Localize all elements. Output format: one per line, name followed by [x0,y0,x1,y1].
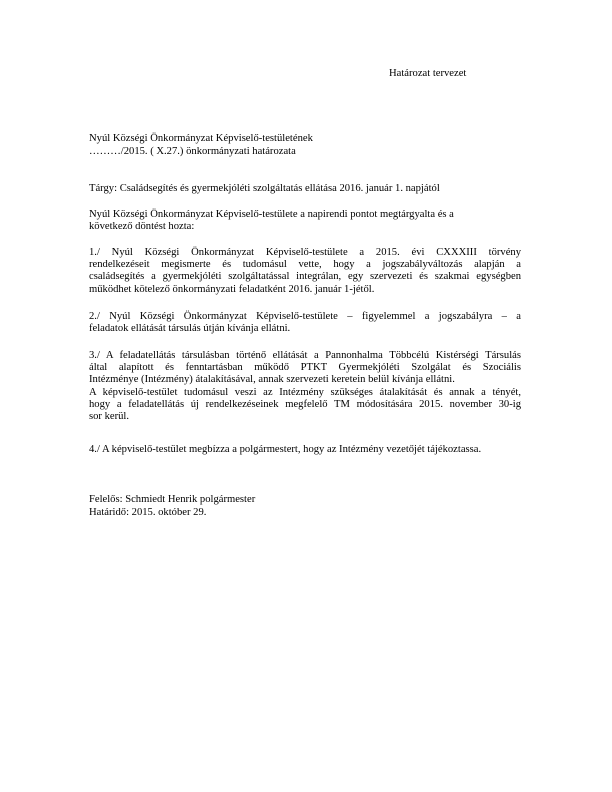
point-1-line: rendelkezéseit megismerte és tudomásul v… [89,259,521,271]
point-1-line: családsegítés a gyermekjóléti szolgáltat… [89,271,521,283]
title-line-1: Nyúl Községi Önkormányzat Képviselő-test… [89,133,313,145]
point-1: 1./ Nyúl Községi Önkormányzat Képviselő-… [89,247,521,296]
point-3: 3./ A feladatellátás társulásban történő… [89,350,521,423]
draft-label: Határozat tervezet [389,68,466,80]
intro-line-1: Nyúl Községi Önkormányzat Képviselő-test… [89,209,454,221]
point-2-line: feladatok ellátását társulás útján kíván… [89,323,521,335]
point-3-line: által alapított és fenntartásban működő … [89,362,521,374]
deadline-line: Határidő: 2015. október 29. [89,507,206,519]
subject-line: Tárgy: Családsegítés és gyermekjóléti sz… [89,183,440,195]
point-3-line: hogy a feladatellátás új rendelkezéseine… [89,399,521,411]
title-line-2: ………/2015. ( X.27.) önkormányzati határoz… [89,146,296,158]
responsible-line: Felelős: Schmiedt Henrik polgármester [89,494,255,506]
point-2: 2./ Nyúl Községi Önkormányzat Képviselő-… [89,311,521,335]
point-2-line: 2./ Nyúl Községi Önkormányzat Képviselő-… [89,311,521,323]
point-4: 4./ A képviselő-testület megbízza a polg… [89,444,481,456]
point-1-line: 1./ Nyúl Községi Önkormányzat Képviselő-… [89,247,521,259]
point-3-line: Intézménye (Intézmény) átalakításával, a… [89,374,521,386]
point-1-line: működhet kötelező önkormányzati feladatk… [89,284,521,296]
point-3-line: 3./ A feladatellátás társulásban történő… [89,350,521,362]
intro-line-2: következő döntést hozta: [89,221,194,233]
point-3-line: A képviselő-testület tudomásul veszi az … [89,387,521,399]
point-3-line: sor kerül. [89,411,521,423]
